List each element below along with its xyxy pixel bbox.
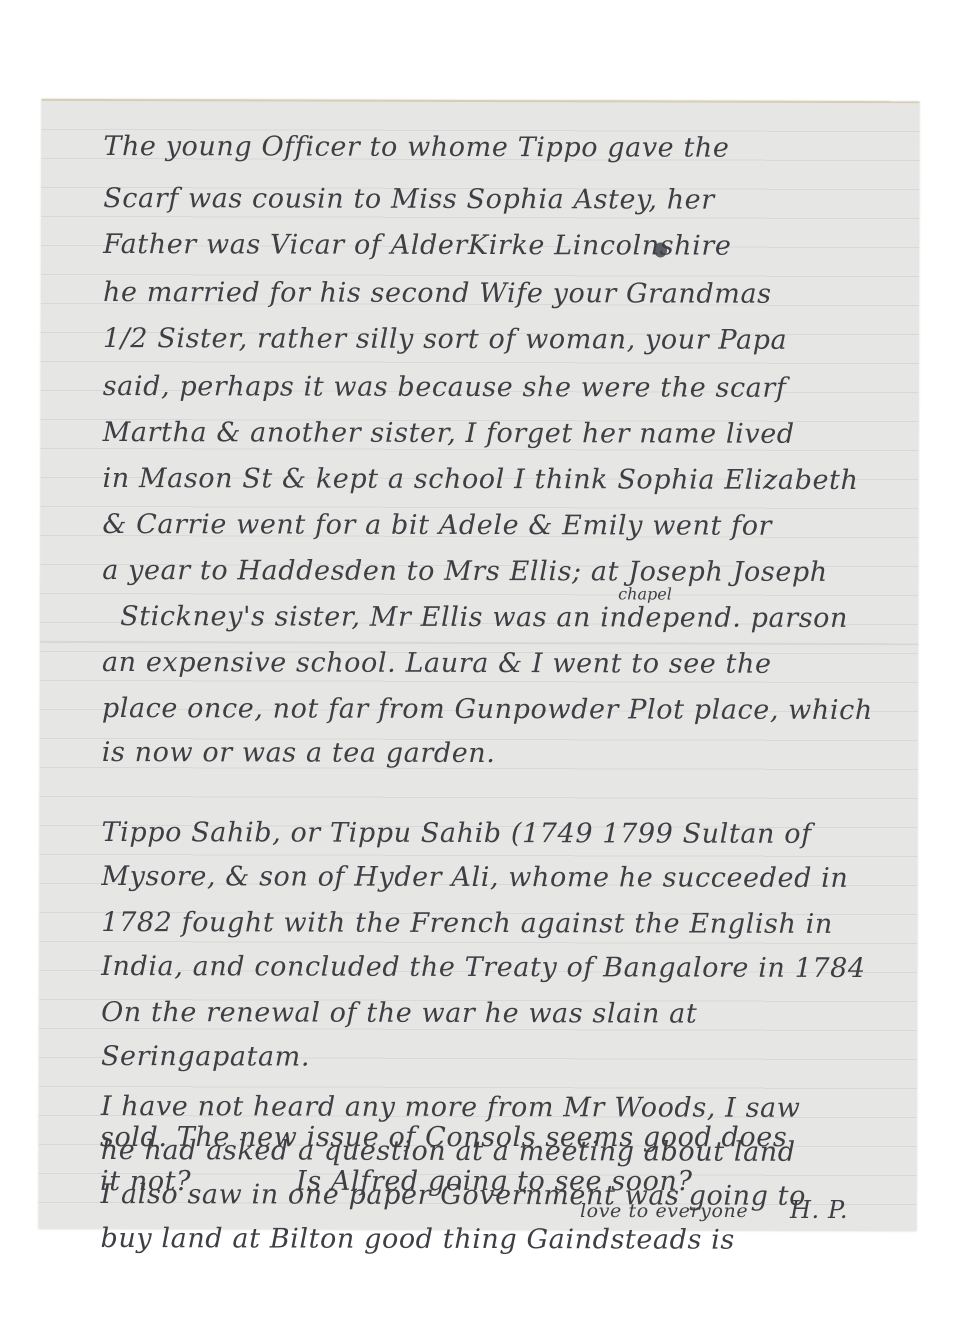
closing-question: Is Alfred going to see soon? xyxy=(296,1166,693,1197)
letter-line: sold. The new issue of Consols seems goo… xyxy=(100,1122,787,1153)
letter-tail xyxy=(40,100,918,1228)
signature: H. P. xyxy=(790,1196,848,1224)
letter-line: it not? xyxy=(100,1166,191,1197)
closing-line: love to everyone xyxy=(580,1200,748,1222)
